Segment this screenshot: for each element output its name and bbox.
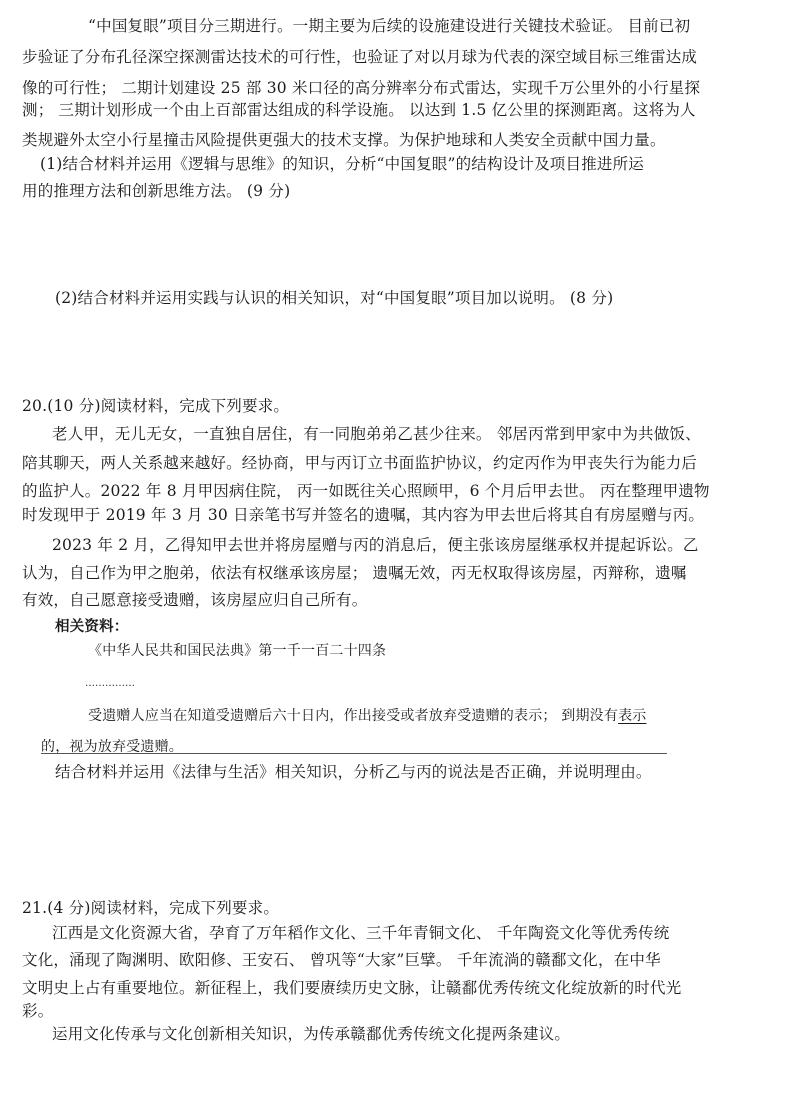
ellipsis: …………… — [85, 674, 135, 694]
material-19-line-3: 像的可行性； 二期计划建设 25 部 30 米口径的高分辨率分布式雷达，实现千万… — [22, 78, 700, 98]
question-20-task: 结合材料并运用《法律与生活》相关知识，分析乙与丙的说法是否正确，并说明理由。 — [55, 762, 652, 782]
question-20-para1-line-1: 老人甲，无儿无女，一直独自居住，有一同胞弟弟乙甚少往来。 邻居丙常到甲家中为共做… — [52, 424, 701, 444]
law-text-line-2: 的，视为放弃受遗赠。 — [41, 737, 183, 757]
question-20-para1-line-3: 的监护人。2022 年 8 月甲因病住院， 丙一如既往关心照顾甲，6 个月后甲去… — [22, 481, 710, 501]
law-text-line-1-main: 受遗赠人应当在知道受遗赠后六十日内，作出接受或者放弃受遗赠的表示； 到期没有 — [88, 708, 618, 724]
question-20-para2-line-1: 2023 年 2 月，乙得知甲去世并将房屋赠与丙的消息后，便主张该房屋继承权并提… — [52, 535, 699, 555]
question-21-task: 运用文化传承与文化创新相关知识，为传承赣鄱优秀传统文化提两条建议。 — [52, 1024, 570, 1044]
question-21-para-line-1: 江西是文化资源大省，孕育了万年稻作文化、三千年青铜文化、 千年陶瓷文化等优秀传统 — [52, 923, 669, 943]
law-text-line-1: 受遗赠人应当在知道受遗赠后六十日内，作出接受或者放弃受遗赠的表示； 到期没有表示 — [88, 706, 646, 726]
material-19-line-2: 步验证了分布孔径深空探测雷达技术的可行性，也验证了对以月球为代表的深空域目标三维… — [22, 47, 697, 67]
material-19-line-5: 类规避外太空小行星撞击风险提供更强大的技术支撑。为保护地球和人类安全贡献中国力量… — [22, 130, 666, 150]
question-21-para-line-4: 彩。 — [22, 1001, 53, 1021]
law-title: 《中华人民共和国民法典》第一千一百二十四条 — [88, 641, 386, 661]
question-20-para2-line-3: 有效，自己愿意接受遗赠，该房屋应归自己所有。 — [22, 590, 367, 610]
question-21-header: 21.(4 分)阅读材料，完成下列要求。 — [22, 898, 279, 918]
law-text-line-1-underlined: 表示 — [618, 708, 646, 724]
material-19-line-4: 测； 三期计划形成一个由上百部雷达组成的科学设施。 以达到 1.5 亿公里的探测… — [22, 100, 696, 120]
question-20-para1-line-4: 时发现甲于 2019 年 3 月 30 日亲笔书写并签名的遗嘱，其内容为甲去世后… — [22, 505, 704, 525]
question-19-2: (2)结合材料并运用实践与认识的相关知识，对“中国复眼”项目加以说明。 (8 分… — [55, 288, 613, 308]
underline-rule — [41, 753, 667, 754]
question-21-para-line-3: 文明史上占有重要地位。新征程上，我们要赓续历史文脉，让赣鄱优秀传统文化绽放新的时… — [22, 978, 681, 998]
question-20-header: 20.(10 分)阅读材料，完成下列要求。 — [22, 396, 289, 416]
material-19-line-1: “中国复眼”项目分三期进行。一期主要为后续的设施建设进行关键技术验证。 目前已初 — [88, 16, 690, 36]
related-materials-label: 相关资料： — [55, 617, 129, 637]
question-19-1-line-2: 用的推理方法和创新思维方法。 (9 分) — [22, 181, 290, 201]
question-20-para1-line-2: 陪其聊天，两人关系越来越好。经协商，甲与丙订立书面监护协议，约定丙作为甲丧失行为… — [22, 453, 697, 473]
question-21-para-line-2: 文化，涌现了陶渊明、欧阳修、王安石、 曾巩等“大家”巨擘。 千年流淌的赣鄱文化，… — [22, 950, 661, 970]
question-19-1-line-1: (1)结合材料并运用《逻辑与思维》的知识，分析“中国复眼”的结构设计及项目推进所… — [40, 154, 644, 174]
question-20-para2-line-2: 认为，自己作为甲之胞弟，依法有权继承该房屋； 遗嘱无效，丙无权取得该房屋，丙辩称… — [22, 563, 687, 583]
